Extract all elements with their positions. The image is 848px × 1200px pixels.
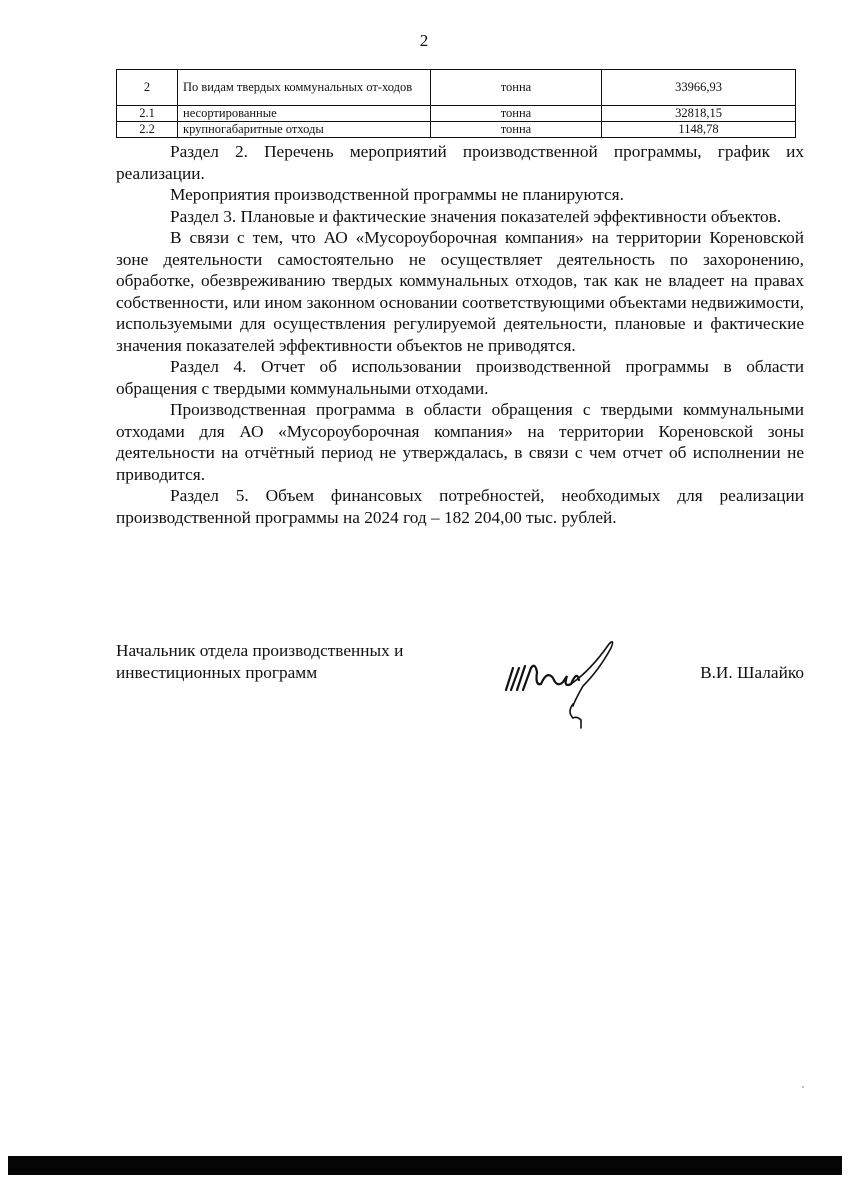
row-value: 32818,15 <box>602 106 796 122</box>
row-value: 1148,78 <box>602 122 796 138</box>
page-number: 2 <box>0 31 848 51</box>
signatory-title-line: инвестиционных программ <box>116 662 403 684</box>
section-3-text: В связи с тем, что АО «Мусороуборочная к… <box>116 227 804 356</box>
waste-volume-table: 2 По видам твердых коммунальных от-ходов… <box>116 69 796 138</box>
row-name: крупногабаритные отходы <box>178 122 431 138</box>
section-3-heading: Раздел 3. Плановые и фактические значени… <box>116 206 804 228</box>
section-4-heading: Раздел 4. Отчет об использовании произво… <box>116 356 804 399</box>
section-2-text: Мероприятия производственной программы н… <box>116 184 804 206</box>
signatory-title: Начальник отдела производственных и инве… <box>116 640 403 683</box>
scan-edge-bar <box>8 1156 842 1175</box>
row-name: несортированные <box>178 106 431 122</box>
section-4-text: Производственная программа в области обр… <box>116 399 804 485</box>
section-2-heading: Раздел 2. Перечень мероприятий производс… <box>116 141 804 184</box>
row-number: 2.1 <box>117 106 178 122</box>
document-body: Раздел 2. Перечень мероприятий производс… <box>116 141 804 528</box>
row-number: 2 <box>117 70 178 106</box>
handwritten-signature-icon <box>501 640 621 735</box>
row-number: 2.2 <box>117 122 178 138</box>
scan-artifact <box>802 1086 804 1088</box>
table-row: 2.1 несортированные тонна 32818,15 <box>117 106 796 122</box>
row-unit: тонна <box>431 70 602 106</box>
signatory-title-line: Начальник отдела производственных и <box>116 640 403 662</box>
signature-block: Начальник отдела производственных и инве… <box>116 640 804 730</box>
row-value: 33966,93 <box>602 70 796 106</box>
row-name: По видам твердых коммунальных от-ходов <box>178 70 431 106</box>
table-row: 2.2 крупногабаритные отходы тонна 1148,7… <box>117 122 796 138</box>
signatory-name: В.И. Шалайко <box>700 662 804 684</box>
table-row: 2 По видам твердых коммунальных от-ходов… <box>117 70 796 106</box>
row-unit: тонна <box>431 106 602 122</box>
section-5-text: Раздел 5. Объем финансовых потребностей,… <box>116 485 804 528</box>
row-unit: тонна <box>431 122 602 138</box>
